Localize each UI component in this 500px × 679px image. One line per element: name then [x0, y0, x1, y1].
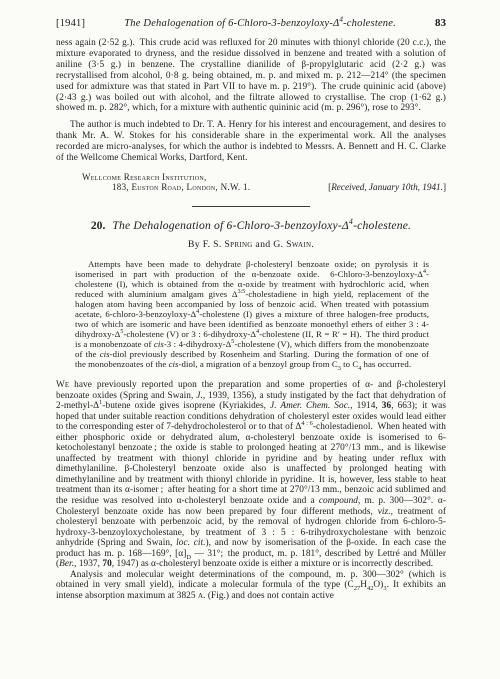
article-title: The Dehalogenation of 6-Chloro-3-benzoyl… [112, 219, 411, 232]
body-paragraph-2: Analysis and molecular weight determinat… [56, 570, 446, 602]
running-head-title: The Dehalogenation of 6-Chloro-3-benzoyl… [85, 18, 435, 29]
received-date: [Received, January 10th, 1941.] [328, 182, 446, 193]
article-heading: 20.The Dehalogenation of 6-Chloro-3-benz… [56, 219, 446, 232]
institution-name: Wellcome Research Institution, [82, 172, 446, 183]
article-number: 20. [91, 219, 106, 232]
journal-page: [1941] The Dehalogenation of 6-Chloro-3-… [0, 0, 500, 679]
running-head: [1941] The Dehalogenation of 6-Chloro-3-… [56, 17, 446, 29]
continuation-paragraph: ness again (2·52 g.). This crude acid wa… [56, 38, 446, 114]
byline: By F. S. Spring and G. Swain. [56, 239, 446, 250]
section-divider [192, 206, 310, 207]
institution-address: 183, Euston Road, London, N.W. 1. [112, 182, 250, 193]
abstract: Attempts have been made to dehydrate β-c… [56, 259, 446, 369]
page-number: 83 [435, 17, 446, 29]
address-block: Wellcome Research Institution, 183, Eust… [56, 172, 446, 193]
body-paragraph-1: We have previously reported upon the pre… [56, 380, 446, 570]
acknowledgement-paragraph: The author is much indebted to Dr. T. A.… [56, 120, 446, 164]
running-head-year: [1941] [56, 18, 85, 29]
